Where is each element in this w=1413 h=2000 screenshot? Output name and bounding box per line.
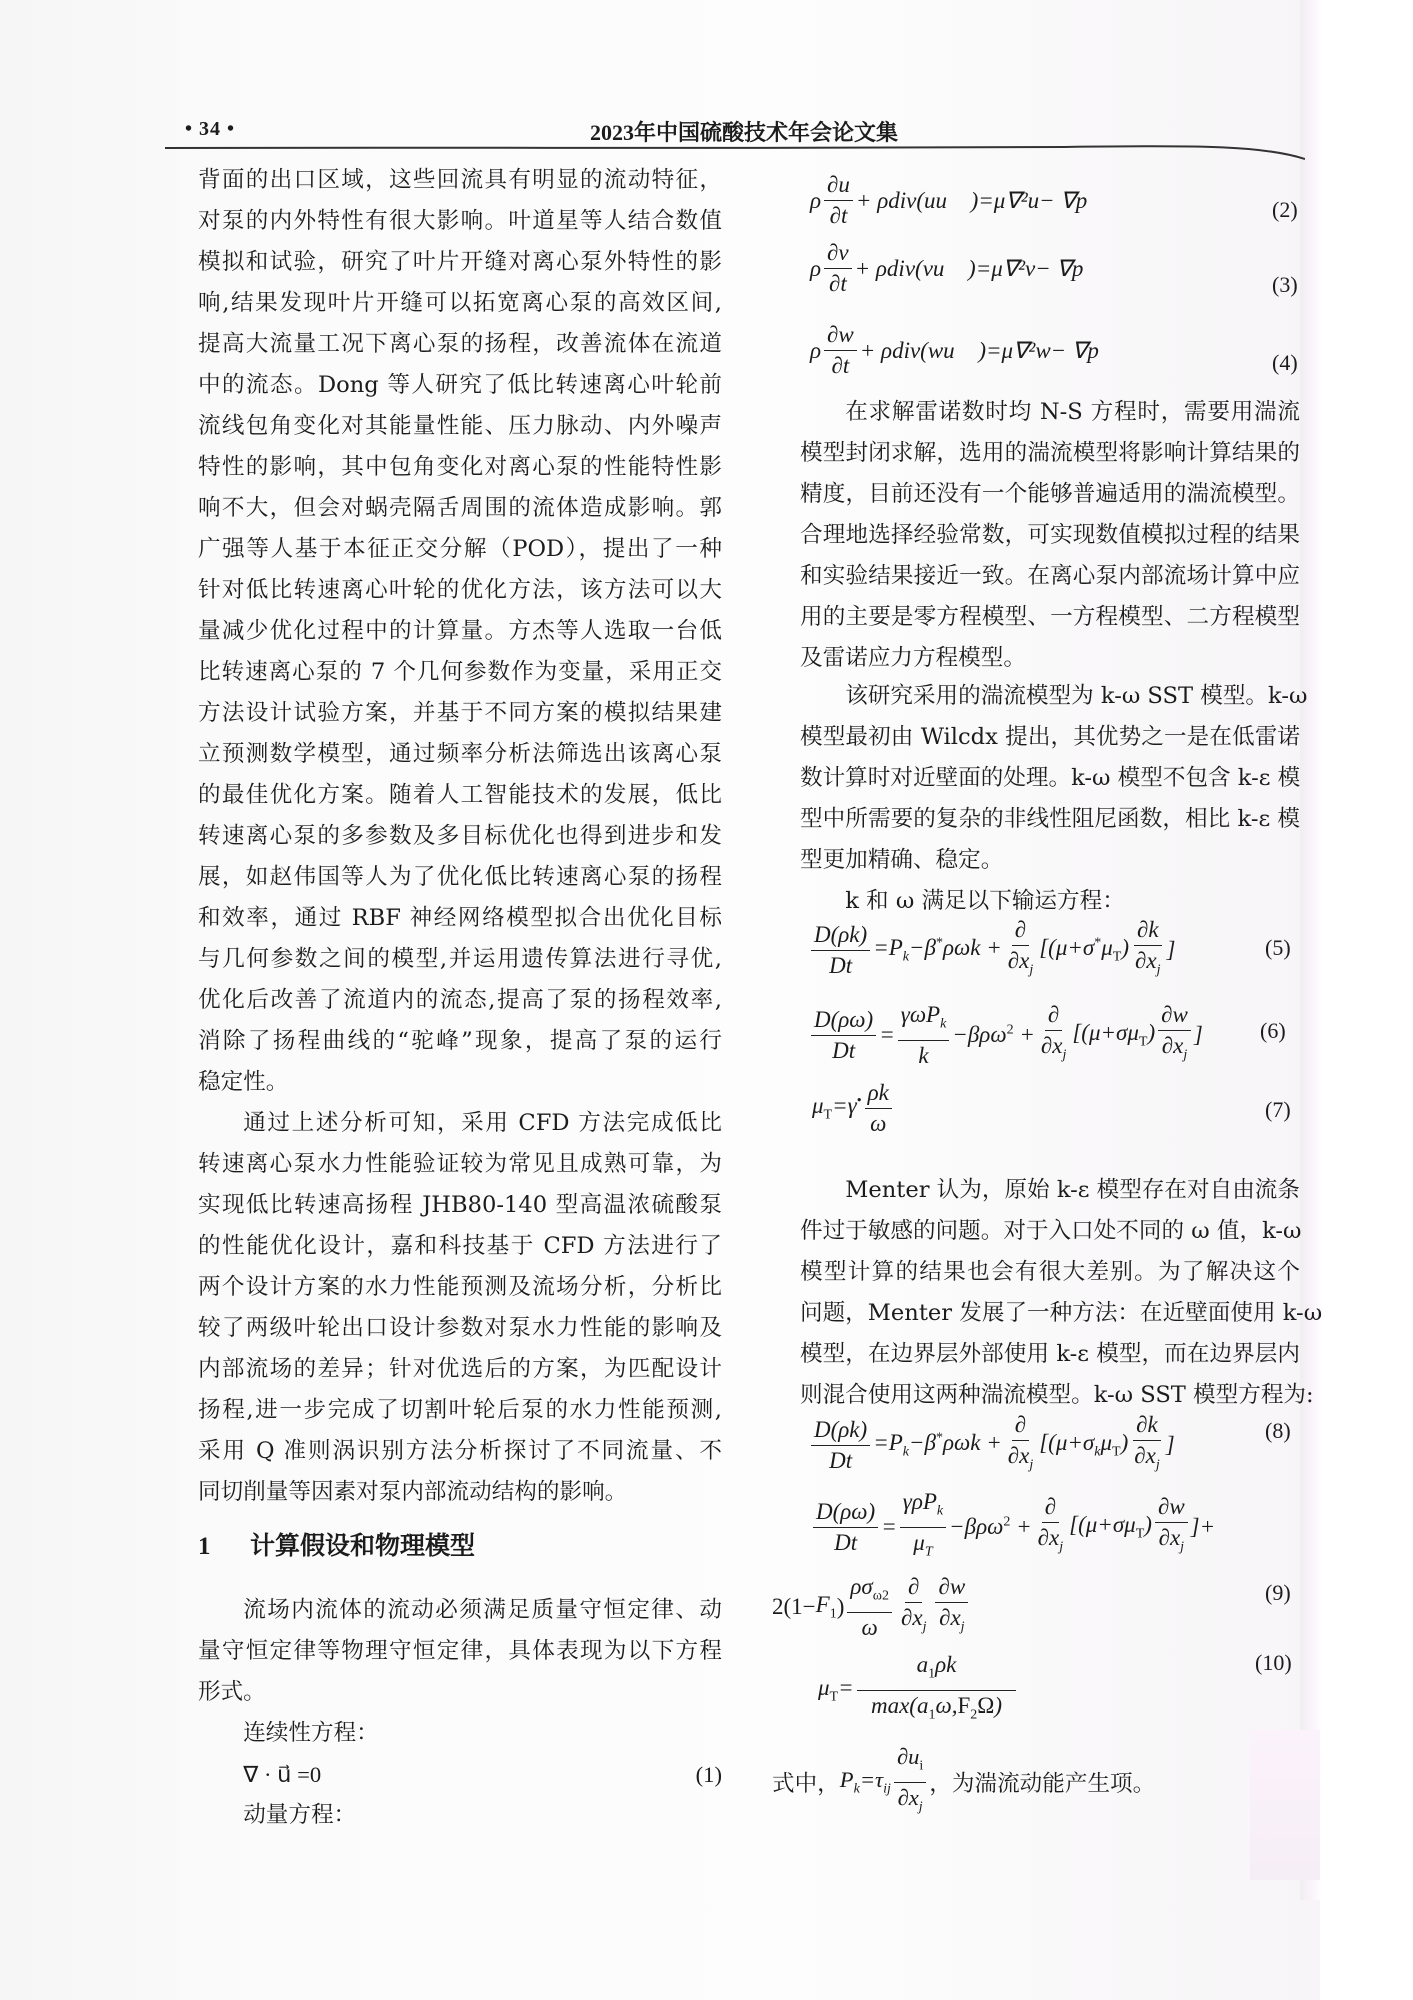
text-line: 展，如赵伟国等人为了优化低比转速离心泵的扬程 <box>198 857 722 898</box>
equation-number-7: (7) <box>1265 1097 1291 1123</box>
text-line: 和实验结果接近一致。在离心泵内部流场计算中应 <box>800 556 1300 597</box>
equation-5: D(ρk)Dt =Pk−β*ρωk + ∂∂xj [(μ+σ*μT) ∂k∂xj… <box>808 915 1175 986</box>
equation-1-body: ∇ · u⃗ =0 <box>243 1762 321 1787</box>
text-line: 响,结果发现叶片开缝可以拓宽离心泵的高效区间, <box>198 283 722 324</box>
text-line: 广强等人基于本征正交分解（POD），提出了一种 <box>198 529 722 570</box>
equation-10: μT= a1ρkmax(a1ω,F2Ω) <box>818 1650 1019 1730</box>
text-line: 模型计算的结果也会有很大差别。为了解决这个 <box>800 1252 1300 1293</box>
left-column-lower: 流场内流体的流动必须满足质量守恒定律、动量守恒定律等物理守恒定律，具体表现为以下… <box>198 1590 722 1836</box>
text-line: 该研究采用的湍流模型为 k-ω SST 模型。k-ω <box>800 676 1300 717</box>
eq3-numerator: ∂v <box>824 238 852 269</box>
text-line: 稳定性。 <box>198 1062 722 1103</box>
text-line: 比转速离心泵的 7 个几何参数作为变量，采用正交 <box>198 652 722 693</box>
text-line: 量守恒定律等物理守恒定律，具体表现为以下方程 <box>198 1631 722 1672</box>
equation-2: ρ ∂u∂t + ρdiv(uu⃗ )=μ∇²u− ∇p <box>810 170 1087 231</box>
equation-1: ∇ · u⃗ =0 (1) <box>198 1754 722 1795</box>
paragraph-conservation: 流场内流体的流动必须满足质量守恒定律、动量守恒定律等物理守恒定律，具体表现为以下… <box>198 1590 722 1713</box>
text-line: 方法设计试验方案，并基于不同方案的模拟结果建 <box>198 693 722 734</box>
section-heading: 1计算假设和物理模型 <box>198 1526 475 1562</box>
equation-number-2: (2) <box>1272 197 1298 223</box>
text-line: 流线包角变化对其能量性能、压力脉动、内外噪声 <box>198 406 722 447</box>
right-column-text-2: 该研究采用的湍流模型为 k-ω SST 模型。k-ω模型最初由 Wilcdx 提… <box>800 676 1300 922</box>
text-line: 消除了扬程曲线的“驼峰”现象，提高了泵的运行 <box>198 1021 722 1062</box>
equation-number-1: (1) <box>696 1754 722 1795</box>
text-line: 的性能优化设计，嘉和科技基于 CFD 方法进行了 <box>198 1226 722 1267</box>
text-line: 的最佳优化方案。随着人工智能技术的发展，低比 <box>198 775 722 816</box>
equation-number-5: (5) <box>1265 935 1291 961</box>
equation-number-4: (4) <box>1272 350 1298 376</box>
eq2-rest: + ρdiv(uu⃗ )=μ∇²u− ∇p <box>856 188 1087 214</box>
text-line: 数计算时对近壁面的处理。k-ω 模型不包含 k-ε 模 <box>800 758 1300 799</box>
equation-8: D(ρk)Dt =Pk−β*ρωk + ∂∂xj [(μ+σkμT) ∂k∂xj… <box>808 1410 1175 1481</box>
text-line: 针对低比转速离心叶轮的优化方法，该方法可以大 <box>198 570 722 611</box>
paragraph-menter: Menter 认为，原始 k-ε 模型存在对自由流条件过于敏感的问题。对于入口处… <box>800 1170 1300 1416</box>
text-line: 转速离心泵的多参数及多目标优化也得到进步和发 <box>198 816 722 857</box>
paragraph-k-omega: 该研究采用的湍流模型为 k-ω SST 模型。k-ω模型最初由 Wilcdx 提… <box>800 676 1300 881</box>
continuity-label: 连续性方程： <box>198 1713 722 1754</box>
text-line: 对泵的内外特性有很大影响。叶道星等人结合数值 <box>198 201 722 242</box>
text-line: 模型，在边界层外部使用 k-ε 模型，而在边界层内 <box>800 1334 1300 1375</box>
right-column-text-3: Menter 认为，原始 k-ε 模型存在对自由流条件过于敏感的问题。对于入口处… <box>800 1170 1300 1416</box>
text-line: 在求解雷诺数时均 N-S 方程时，需要用湍流 <box>800 392 1300 433</box>
text-line: 提高大流量工况下离心泵的扬程，改善流体在流道 <box>198 324 722 365</box>
where-clause: 式中， Pk=τij ∂ui∂xj ，为湍流动能产生项。 <box>772 1742 1155 1822</box>
equation-number-10: (10) <box>1255 1650 1292 1676</box>
page-number: • 34 • <box>185 118 235 141</box>
eq4-rest: + ρdiv(wu⃗ )=μ∇²w− ∇p <box>860 338 1099 364</box>
eq4-denominator: ∂t <box>829 351 853 381</box>
text-line: 流场内流体的流动必须满足质量守恒定律、动 <box>198 1590 722 1631</box>
text-line: 中的流态。Dong 等人研究了低比转速离心叶轮前 <box>198 365 722 406</box>
eq4-numerator: ∂w <box>824 320 857 351</box>
page-edge-shadow <box>1300 0 1322 1900</box>
text-line: 通过上述分析可知，采用 CFD 方法完成低比 <box>198 1103 722 1144</box>
paragraph-cfd-summary: 通过上述分析可知，采用 CFD 方法完成低比转速离心泵水力性能验证较为常见且成熟… <box>198 1103 722 1513</box>
text-line: 两个设计方案的水力性能预测及流场分析，分析比 <box>198 1267 722 1308</box>
equation-number-3: (3) <box>1272 272 1298 298</box>
right-column-text-1: 在求解雷诺数时均 N-S 方程时，需要用湍流模型封闭求解，选用的湍流模型将影响计… <box>800 392 1300 679</box>
text-line: 型中所需要的复杂的非线性阻尼函数，相比 k-ε 模 <box>800 799 1300 840</box>
eq3-rest: + ρdiv(vu⃗ )=μ∇²v− ∇p <box>855 256 1084 282</box>
text-line: 件过于敏感的问题。对于入口处不同的 ω 值，k-ω <box>800 1211 1300 1252</box>
equation-4: ρ ∂w∂t + ρdiv(wu⃗ )=μ∇²w− ∇p <box>810 320 1099 381</box>
where-suffix: ，为湍流动能产生项。 <box>929 1766 1155 1798</box>
section-number: 1 <box>198 1533 250 1561</box>
equation-number-9: (9) <box>1265 1580 1291 1606</box>
text-line: 合理地选择经验常数，可实现数值模拟过程的结果 <box>800 515 1300 556</box>
text-line: 采用 Q 准则涡识别方法分析探讨了不同流量、不 <box>198 1431 722 1472</box>
equation-number-8: (8) <box>1265 1418 1291 1444</box>
text-line: Menter 认为，原始 k-ε 模型存在对自由流条 <box>800 1170 1300 1211</box>
text-line: 立预测数学模型，通过频率分析法筛选出该离心泵 <box>198 734 722 775</box>
text-line: 模型最初由 Wilcdx 提出，其优势之一是在低雷诺 <box>800 717 1300 758</box>
where-prefix: 式中， <box>772 1766 840 1798</box>
text-line: 较了两级叶轮出口设计参数对泵水力性能的影响及 <box>198 1308 722 1349</box>
text-line: 优化后改善了流道内的流态,提高了泵的扬程效率, <box>198 980 722 1021</box>
text-line: 内部流场的差异；针对优选后的方案，为匹配设计 <box>198 1349 722 1390</box>
text-line: 与几何参数之间的模型,并运用遗传算法进行寻优, <box>198 939 722 980</box>
text-line: 转速离心泵水力性能验证较为常见且成熟可靠，为 <box>198 1144 722 1185</box>
text-line: 响不大，但会对蜗壳隔舌周围的流体造成影响。郭 <box>198 488 722 529</box>
text-line: 形式。 <box>198 1672 722 1713</box>
text-line: 型更加精确、稳定。 <box>800 840 1300 881</box>
text-line: 模型封闭求解，选用的湍流模型将影响计算结果的 <box>800 433 1300 474</box>
momentum-label: 动量方程： <box>198 1795 722 1836</box>
section-title-text: 计算假设和物理模型 <box>250 1531 475 1560</box>
text-line: 问题，Menter 发展了一种方法：在近壁面使用 k-ω <box>800 1293 1300 1334</box>
text-line: 背面的出口区域，这些回流具有明显的流动特征， <box>198 160 722 201</box>
page-edge-shadow-lower <box>1250 1730 1320 1880</box>
text-line: 扬程,进一步完成了切割叶轮后泵的水力性能预测, <box>198 1390 722 1431</box>
text-line: 量减少优化过程中的计算量。方杰等人选取一台低 <box>198 611 722 652</box>
text-line: 同切削量等因素对泵内部流动结构的影响。 <box>198 1472 722 1513</box>
text-line: 和效率，通过 RBF 神经网络模型拟合出优化目标 <box>198 898 722 939</box>
equation-7: μT=γ• ρkω <box>812 1078 895 1139</box>
eq2-numerator: ∂u <box>824 170 853 201</box>
text-line: 实现低比转速高扬程 JHB80-140 型高温浓硫酸泵 <box>198 1185 722 1226</box>
text-line: 精度，目前还没有一个能够普遍适用的湍流模型。 <box>800 474 1300 515</box>
text-line: 模拟和试验，研究了叶片开缝对离心泵外特性的影 <box>198 242 722 283</box>
text-line: 及雷诺应力方程模型。 <box>800 638 1300 679</box>
eq3-denominator: ∂t <box>826 269 850 299</box>
equation-6: D(ρω)Dt = γωPkk −βρω2 + ∂∂xj [(μ+σμT) ∂w… <box>808 1000 1203 1071</box>
paragraph-intro-continued: 背面的出口区域，这些回流具有明显的流动特征，对泵的内外特性有很大影响。叶道星等人… <box>198 160 722 1103</box>
equation-number-6: (6) <box>1260 1018 1286 1044</box>
paragraph-turbulence-intro: 在求解雷诺数时均 N-S 方程时，需要用湍流模型封闭求解，选用的湍流模型将影响计… <box>800 392 1300 679</box>
equation-3: ρ ∂v∂t + ρdiv(vu⃗ )=μ∇²v− ∇p <box>810 238 1083 299</box>
left-column: 背面的出口区域，这些回流具有明显的流动特征，对泵的内外特性有很大影响。叶道星等人… <box>198 160 722 1513</box>
eq2-denominator: ∂t <box>827 201 851 231</box>
equation-9: D(ρω)Dt = γρPkμT −βρω2 + ∂∂xj [(μ+σμT) ∂… <box>810 1487 1215 1567</box>
text-line: 用的主要是零方程模型、一方程模型、二方程模型 <box>800 597 1300 638</box>
text-line: 特性的影响，其中包角变化对离心泵的性能特性影 <box>198 447 722 488</box>
equation-9-continued: 2(1−F1) ρσω2ω ∂∂xj ∂w∂xj <box>772 1572 971 1643</box>
